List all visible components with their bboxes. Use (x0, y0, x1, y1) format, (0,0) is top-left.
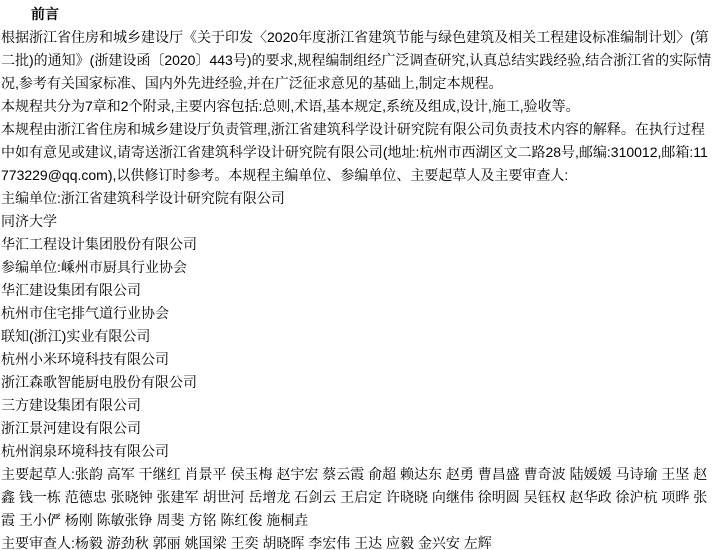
unit-line: 三方建设集团有限公司 (1, 394, 714, 417)
document-title: 前言 (31, 3, 714, 26)
unit-line: 联知(浙江)实业有限公司 (1, 325, 714, 348)
drafters-paragraph: 主要起草人:张韵 高军 干继红 肖景平 侯玉梅 赵宇宏 蔡云霞 俞超 赖达东 赵… (1, 463, 714, 532)
unit-list: 主编单位:浙江省建筑科学设计研究院有限公司同济大学华汇工程设计集团股份有限公司参… (1, 187, 714, 463)
contents-paragraph: 本规程共分为7章和2个附录,主要内容包括:总则,术语,基本规定,系统及组成,设计… (1, 95, 714, 118)
unit-line: 华汇建设集团有限公司 (1, 279, 714, 302)
unit-line: 主编单位:浙江省建筑科学设计研究院有限公司 (1, 187, 714, 210)
unit-line: 浙江景河建设有限公司 (1, 417, 714, 440)
management-paragraph: 本规程由浙江省住房和城乡建设厅负责管理,浙江省建筑科学设计研究院有限公司负责技术… (1, 118, 714, 187)
document-page: 前言 根据浙江省住房和城乡建设厅《关于印发〈2020年度浙江省建筑节能与绿色建筑… (0, 0, 714, 550)
unit-line: 杭州润泉环境科技有限公司 (1, 440, 714, 463)
unit-line: 杭州市住宅排气道行业协会 (1, 302, 714, 325)
unit-line: 华汇工程设计集团股份有限公司 (1, 233, 714, 256)
reviewers-paragraph: 主要审查人:杨毅 游劲秋 郭丽 姚国梁 王奕 胡晓晖 李宏伟 王达 应毅 金兴安… (1, 532, 714, 550)
unit-line: 浙江森歌智能厨电股份有限公司 (1, 371, 714, 394)
unit-line: 同济大学 (1, 210, 714, 233)
unit-line: 参编单位:嵊州市厨具行业协会 (1, 256, 714, 279)
basis-paragraph: 根据浙江省住房和城乡建设厅《关于印发〈2020年度浙江省建筑节能与绿色建筑及相关… (1, 26, 714, 95)
unit-line: 杭州小米环境科技有限公司 (1, 348, 714, 371)
